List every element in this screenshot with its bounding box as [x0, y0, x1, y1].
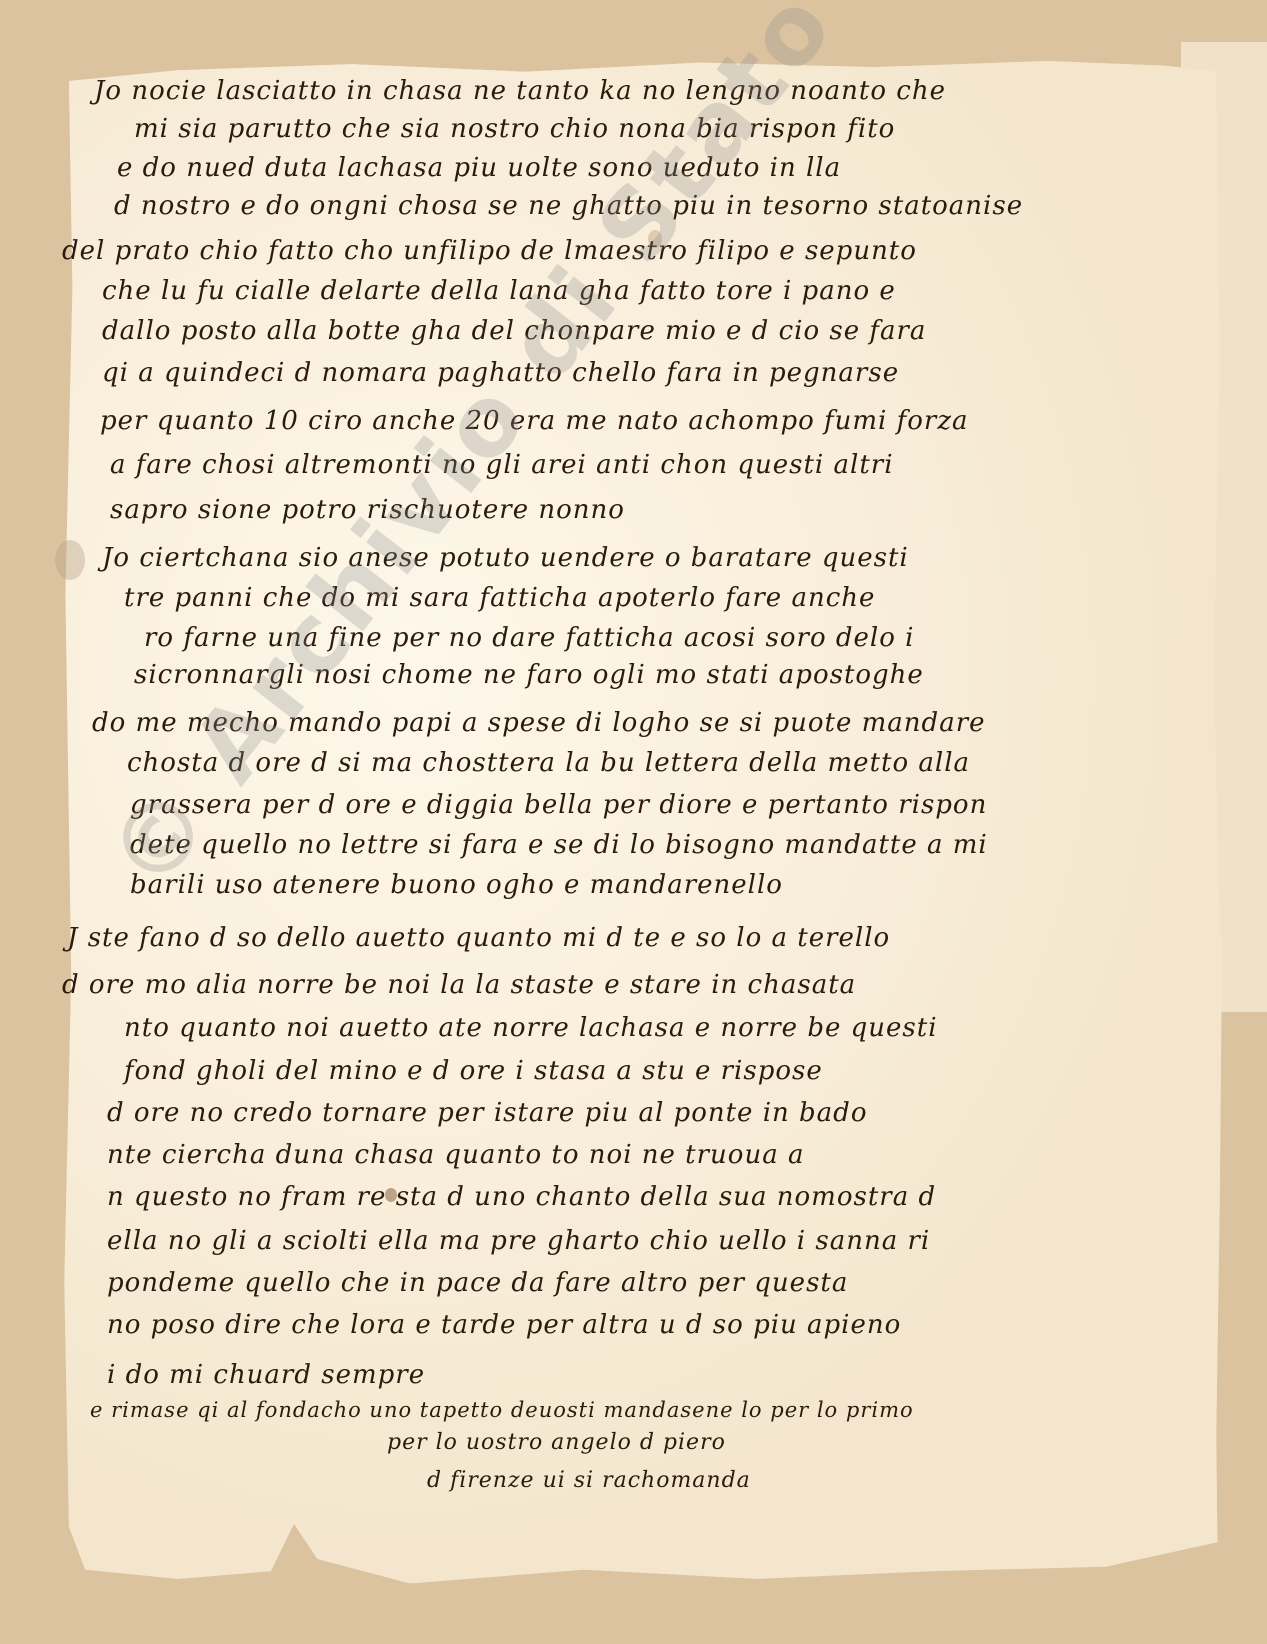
letter-line: do me mecho mando papi a spese di logho … — [92, 708, 986, 738]
letter-line: i do mi chuard sempre — [107, 1360, 425, 1390]
letter-line: d ore no credo tornare per istare piu al… — [107, 1098, 867, 1128]
letter-line: a fare chosi altremonti no gli arei anti… — [110, 450, 894, 480]
letter-line: sicronnargli nosi chome ne faro ogli mo … — [134, 660, 924, 690]
letter-line: no poso dire che lora e tarde per altra … — [107, 1310, 901, 1340]
letter-line: che lu fu cialle delarte della lana gha … — [102, 276, 896, 306]
letter-body: Jo nocie lasciatto in chasa ne tanto ka … — [62, 58, 1222, 1588]
letter-line: chosta d ore d si ma chosttera la bu let… — [127, 748, 970, 778]
letter-line: pondeme quello che in pace da fare altro… — [107, 1268, 848, 1298]
letter-line: d ore mo alia norre be noi la la staste … — [62, 970, 856, 1000]
letter-line: Jo nocie lasciatto in chasa ne tanto ka … — [94, 76, 946, 106]
letter-line: mi sia parutto che sia nostro chio nona … — [134, 114, 895, 144]
letter-line: e do nued duta lachasa piu uolte sono ue… — [117, 153, 841, 183]
letter-line: Jo ciertchana sio anese potuto uendere o… — [102, 543, 909, 573]
signature-line: d firenze ui si rachomanda — [427, 1468, 751, 1493]
letter-line: dete quello no lettre si fara e se di lo… — [130, 830, 988, 860]
letter-line: nto quanto noi auetto ate norre lachasa … — [124, 1013, 938, 1043]
letter-line: qi a quindeci d nomara paghatto chello f… — [102, 358, 899, 388]
letter-line: ella no gli a sciolti ella ma pre gharto… — [107, 1226, 930, 1256]
letter-line: fond gholi del mino e d ore i stasa a st… — [124, 1056, 823, 1086]
letter-line: grassera per d ore e diggia bella per di… — [130, 790, 987, 820]
postscript-line: e rimase qi al fondacho uno tapetto deuo… — [90, 1398, 914, 1422]
signature-line: per lo uostro angelo d piero — [387, 1430, 726, 1455]
letter-line: dallo posto alla botte gha del chonpare … — [102, 316, 926, 346]
letter-line: d nostro e do ongni chosa se ne ghatto p… — [114, 191, 1023, 221]
letter-line: ro farne una fine per no dare fatticha a… — [144, 623, 914, 653]
letter-line: J ste fano d so dello auetto quanto mi d… — [67, 923, 890, 953]
letter-line: tre panni che do mi sara fatticha apoter… — [124, 583, 875, 613]
letter-line: del prato chio fatto cho unfilipo de lma… — [62, 236, 917, 266]
letter-line: per quanto 10 ciro anche 20 era me nato … — [100, 406, 969, 436]
letter-line: n questo no fram re sta d uno chanto del… — [107, 1182, 936, 1212]
letter-line: barili uso atenere buono ogho e mandaren… — [130, 870, 783, 900]
letter-line: sapro sione potro rischuotere nonno — [110, 495, 625, 525]
letter-line: nte ciercha duna chasa quanto to noi ne … — [107, 1140, 804, 1170]
